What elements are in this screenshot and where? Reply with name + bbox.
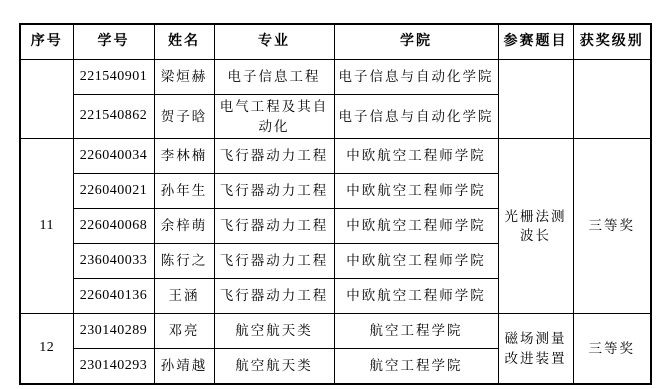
table-row: 11226040034李林楠飞行器动力工程中欧航空工程师学院光栅法测波长三等奖 bbox=[20, 139, 651, 174]
name-cell: 孙靖越 bbox=[154, 349, 214, 385]
student-id-cell: 230140293 bbox=[73, 349, 154, 385]
name-cell: 陈行之 bbox=[154, 244, 214, 279]
serial-cell: 12 bbox=[20, 314, 73, 385]
header-college: 学院 bbox=[334, 24, 498, 60]
table-body: 221540901梁烜赫电子信息工程电子信息与自动化学院221540862贺子晗… bbox=[20, 60, 651, 385]
name-cell: 孙年生 bbox=[154, 174, 214, 209]
major-cell: 飞行器动力工程 bbox=[214, 209, 334, 244]
student-id-cell: 226040068 bbox=[73, 209, 154, 244]
header-serial: 序号 bbox=[20, 24, 73, 60]
topic-cell: 磁场测量改进装置 bbox=[498, 314, 573, 385]
topic-cell bbox=[498, 60, 573, 139]
college-cell: 电子信息与自动化学院 bbox=[334, 95, 498, 139]
header-row: 序号 学号 姓名 专业 学院 参赛题目 获奖级别 bbox=[20, 24, 651, 60]
name-cell: 余梓萌 bbox=[154, 209, 214, 244]
header-topic: 参赛题目 bbox=[498, 24, 573, 60]
major-cell: 飞行器动力工程 bbox=[214, 244, 334, 279]
college-cell: 电子信息与自动化学院 bbox=[334, 60, 498, 95]
major-cell: 电子信息工程 bbox=[214, 60, 334, 95]
college-cell: 中欧航空工程师学院 bbox=[334, 244, 498, 279]
major-cell: 飞行器动力工程 bbox=[214, 139, 334, 174]
student-id-cell: 236040033 bbox=[73, 244, 154, 279]
college-cell: 中欧航空工程师学院 bbox=[334, 139, 498, 174]
college-cell: 中欧航空工程师学院 bbox=[334, 279, 498, 314]
serial-cell bbox=[20, 60, 73, 139]
college-cell: 航空工程学院 bbox=[334, 314, 498, 349]
major-cell: 航空航天类 bbox=[214, 314, 334, 349]
topic-cell: 光栅法测波长 bbox=[498, 139, 573, 314]
award-cell: 三等奖 bbox=[573, 314, 651, 385]
header-major: 专业 bbox=[214, 24, 334, 60]
student-id-cell: 226040136 bbox=[73, 279, 154, 314]
table-row: 221540901梁烜赫电子信息工程电子信息与自动化学院 bbox=[20, 60, 651, 95]
name-cell: 李林楠 bbox=[154, 139, 214, 174]
college-cell: 中欧航空工程师学院 bbox=[334, 174, 498, 209]
document-page: 序号 学号 姓名 专业 学院 参赛题目 获奖级别 221540901梁烜赫电子信… bbox=[0, 0, 671, 389]
college-cell: 航空工程学院 bbox=[334, 349, 498, 385]
major-cell: 电气工程及其自动化 bbox=[214, 95, 334, 139]
major-cell: 飞行器动力工程 bbox=[214, 279, 334, 314]
student-id-cell: 221540901 bbox=[73, 60, 154, 95]
award-cell bbox=[573, 60, 651, 139]
name-cell: 邓亮 bbox=[154, 314, 214, 349]
name-cell: 梁烜赫 bbox=[154, 60, 214, 95]
college-cell: 中欧航空工程师学院 bbox=[334, 209, 498, 244]
student-id-cell: 221540862 bbox=[73, 95, 154, 139]
name-cell: 贺子晗 bbox=[154, 95, 214, 139]
award-cell: 三等奖 bbox=[573, 139, 651, 314]
student-id-cell: 226040034 bbox=[73, 139, 154, 174]
major-cell: 航空航天类 bbox=[214, 349, 334, 385]
student-id-cell: 230140289 bbox=[73, 314, 154, 349]
header-name: 姓名 bbox=[154, 24, 214, 60]
major-cell: 飞行器动力工程 bbox=[214, 174, 334, 209]
header-award: 获奖级别 bbox=[573, 24, 651, 60]
award-table: 序号 学号 姓名 专业 学院 参赛题目 获奖级别 221540901梁烜赫电子信… bbox=[19, 23, 652, 385]
name-cell: 王涵 bbox=[154, 279, 214, 314]
student-id-cell: 226040021 bbox=[73, 174, 154, 209]
table-row: 12230140289邓亮航空航天类航空工程学院磁场测量改进装置三等奖 bbox=[20, 314, 651, 349]
header-student-id: 学号 bbox=[73, 24, 154, 60]
serial-cell: 11 bbox=[20, 139, 73, 314]
